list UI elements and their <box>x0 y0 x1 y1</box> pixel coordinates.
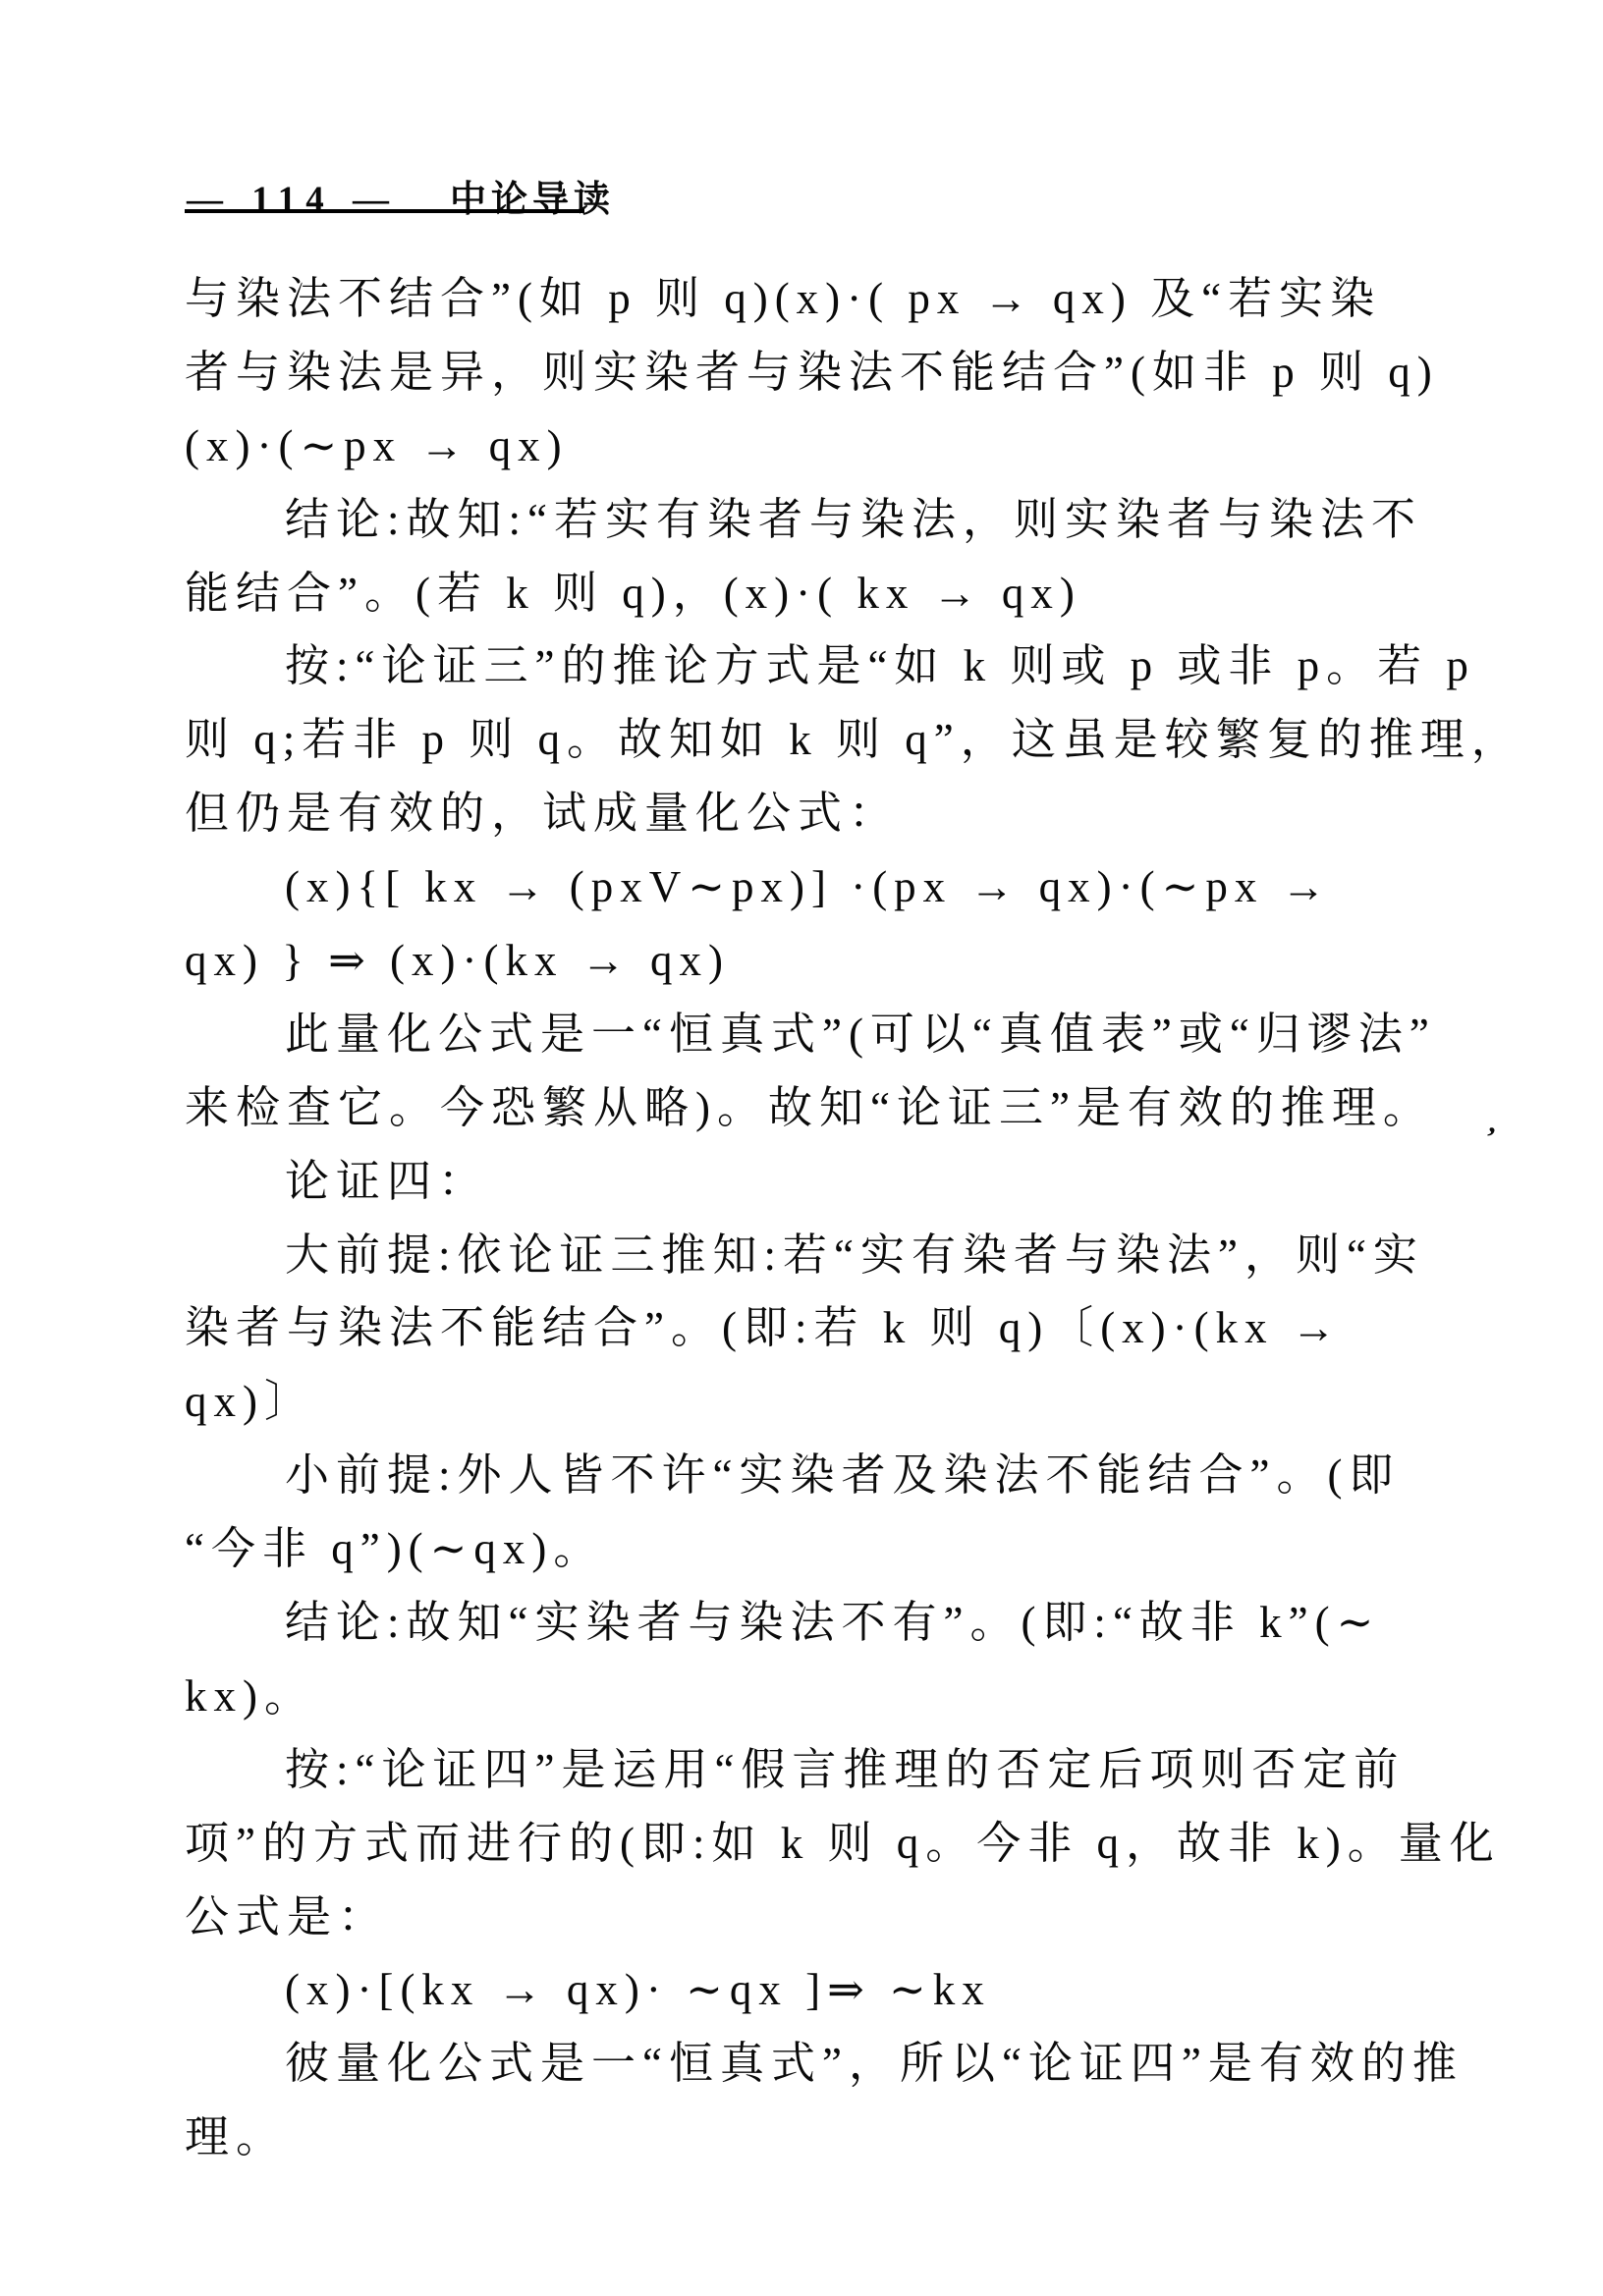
text-line: qx) } ⇒ (x)·(kx → qx) <box>185 935 1570 1009</box>
text-line: 大前提:依论证三推知:若“实有染者与染法”，则“实 <box>185 1230 1570 1303</box>
body-text: 与染法不结合”(如 p 则 q)(x)·( px → qx) 及“若实染者与染法… <box>185 273 1570 2185</box>
text-line: 但仍是有效的，试成量化公式： <box>185 788 1570 861</box>
text-line: (x){[ kx → (pxV∼px)] ·(px → qx)·(∼px → <box>185 861 1570 935</box>
text-line: 者与染法是异，则实染者与染法不能结合”(如非 p 则 q) <box>185 347 1570 420</box>
text-line: qx)〕 <box>185 1376 1570 1449</box>
text-line: 能结合”。(若 k 则 q)，(x)·( kx → qx) <box>185 568 1570 641</box>
text-line: “今非 q”)(∼qx)。 <box>185 1523 1570 1597</box>
running-head: — 114 — 中论导读 <box>187 169 615 222</box>
page-number: — 114 — <box>187 179 399 221</box>
text-line: 结论:故知:“若实有染者与染法，则实染者与染法不 <box>185 494 1570 568</box>
text-line: 则 q;若非 p 则 q。故知如 k 则 q”，这虽是较繁复的推理， <box>185 714 1570 788</box>
text-line: 论证四： <box>185 1156 1570 1230</box>
book-page: — 114 — 中论导读 与染法不结合”(如 p 则 q)(x)·( px → … <box>0 0 1603 2296</box>
book-title: 中论导读 <box>450 169 615 222</box>
text-line: 与染法不结合”(如 p 则 q)(x)·( px → qx) 及“若实染 <box>185 273 1570 347</box>
text-line: 公式是： <box>185 1891 1570 1965</box>
text-line: 理。 <box>185 2111 1570 2185</box>
text-line: 项”的方式而进行的(即:如 k 则 q。今非 q，故非 k)。量化 <box>185 1818 1570 1891</box>
text-line: kx)。 <box>185 1670 1570 1744</box>
text-line: 染者与染法不能结合”。(即:若 k 则 q)〔(x)·(kx → <box>185 1302 1570 1376</box>
text-line: 结论:故知“实染者与染法不有”。(即:“故非 k”(∼ <box>185 1597 1570 1670</box>
text-line: 按:“论证三”的推论方式是“如 k 则或 p 或非 p。若 p <box>185 640 1570 714</box>
text-line: (x)·(∼px → qx) <box>185 420 1570 494</box>
text-line: 彼量化公式是一“恒真式”，所以“论证四”是有效的推 <box>185 2038 1570 2111</box>
text-line: 来检查它。今恐繁从略)。故知“论证三”是有效的推理。 <box>185 1082 1570 1156</box>
text-line: 此量化公式是一“恒真式”(可以“真值表”或“归谬法” <box>185 1009 1570 1082</box>
text-line: 小前提:外人皆不许“实染者及染法不能结合”。(即 <box>185 1449 1570 1523</box>
text-line: (x)·[(kx → qx)· ∼qx ]⇒ ∼kx <box>185 1964 1570 2038</box>
text-line: 按:“论证四”是运用“假言推理的否定后项则否定前 <box>185 1744 1570 1818</box>
header-rule <box>185 209 584 213</box>
